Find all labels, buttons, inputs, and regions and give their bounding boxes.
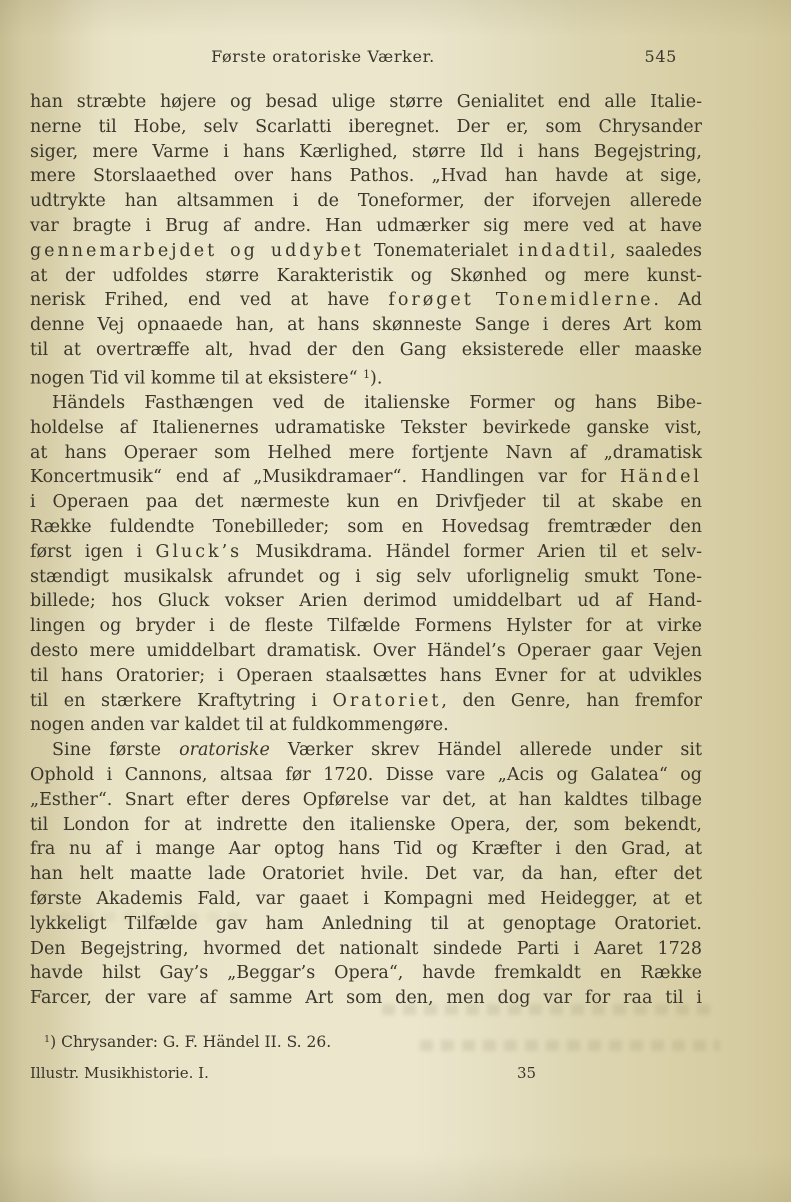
body-line: billede; hos Gluck vokser Arien derimod … <box>30 589 702 614</box>
body-line: „Esther“. Snart efter deres Opførelse va… <box>30 788 702 813</box>
body-line: første Akademis Fald, var gaaet i Kompag… <box>30 887 702 912</box>
body-line: først igen i Gluck’s Musikdrama. Händel … <box>30 540 702 565</box>
body-line: til hans Oratorier; i Operaen staalsætte… <box>30 664 702 689</box>
body-line: han stræbte højere og besad ulige større… <box>30 90 702 115</box>
page-header: Første oratoriske Værker. 545 <box>30 47 702 69</box>
body-line: nogen anden var kaldet til at fuldkommen… <box>30 713 702 738</box>
body-line: denne Vej opnaaede han, at hans skønnest… <box>30 313 702 338</box>
body-line: nogen Tid vil komme til at eksistere“ 1)… <box>30 363 702 391</box>
body-line: holdelse af Italienernes udramatiske Tek… <box>30 416 702 441</box>
body-line: udtrykte han altsammen i de Toneformer, … <box>30 189 702 214</box>
body-line: gennemarbejdet og uddybet Tonematerialet… <box>30 239 702 264</box>
body-line: mere Storslaaethed over hans Pathos. „Hv… <box>30 164 702 189</box>
footnote: 1) Chrysander: G. F. Händel II. S. 26. <box>30 1033 702 1051</box>
body-line: havde hilst Gay’s „Beggar’s Opera“, havd… <box>30 961 702 986</box>
body-line: Række fuldendte Tonebilleder; som en Hov… <box>30 515 702 540</box>
body-line: at der udfoldes større Karakteristik og … <box>30 264 702 289</box>
book-page: Første oratoriske Værker. 545 han stræbt… <box>0 0 791 1202</box>
body-line: stændigt musikalsk afrundet og i sig sel… <box>30 565 702 590</box>
body-line: lingen og bryder i de fleste Tilfælde Fo… <box>30 614 702 639</box>
running-title: Første oratoriske Værker. <box>30 47 616 66</box>
body-line: Farcer, der vare af samme Art som den, m… <box>30 986 702 1011</box>
body-line: til at overtræffe alt, hvad der den Gang… <box>30 338 702 363</box>
body-line: nerne til Hobe, selv Scarlatti iberegnet… <box>30 115 702 140</box>
body-line: til London for at indrette den italiensk… <box>30 813 702 838</box>
page-footer: Illustr. Musikhistorie. I. 35 <box>30 1064 702 1082</box>
body-line: Sine første oratoriske Værker skrev Händ… <box>30 738 702 763</box>
body-text: han stræbte højere og besad ulige større… <box>30 90 702 1011</box>
body-line: til en stærkere Kraftytring i Oratoriet,… <box>30 689 702 714</box>
footnote-text: ) Chrysander: G. F. Händel II. S. 26. <box>50 1033 331 1051</box>
footer-imprint: Illustr. Musikhistorie. I. <box>30 1064 209 1082</box>
body-line: fra nu af i mange Aar optog hans Tid og … <box>30 837 702 862</box>
page-number: 545 <box>645 47 677 66</box>
body-line: Händels Fasthængen ved de italienske For… <box>30 391 702 416</box>
body-line: at hans Operaer som Helhed mere fortjent… <box>30 441 702 466</box>
body-line: nerisk Frihed, end ved at have forøget T… <box>30 288 702 313</box>
body-line: han helt maatte lade Oratoriet hvile. De… <box>30 862 702 887</box>
body-line: desto mere umiddelbart dramatisk. Over H… <box>30 639 702 664</box>
body-line: Den Begejstring, hvormed det nationalt s… <box>30 937 702 962</box>
body-line: lykkeligt Tilfælde gav ham Anledning til… <box>30 912 702 937</box>
body-line: Ophold i Cannons, altsaa før 1720. Disse… <box>30 763 702 788</box>
body-line: i Operaen paa det nærmeste kun en Drivfj… <box>30 490 702 515</box>
signature-number: 35 <box>517 1064 536 1082</box>
body-line: var bragte i Brug af andre. Han udmærker… <box>30 214 702 239</box>
body-line: siger, mere Varme i hans Kærlighed, stør… <box>30 140 702 165</box>
body-line: Koncertmusik“ end af „Musikdramaer“. Han… <box>30 465 702 490</box>
